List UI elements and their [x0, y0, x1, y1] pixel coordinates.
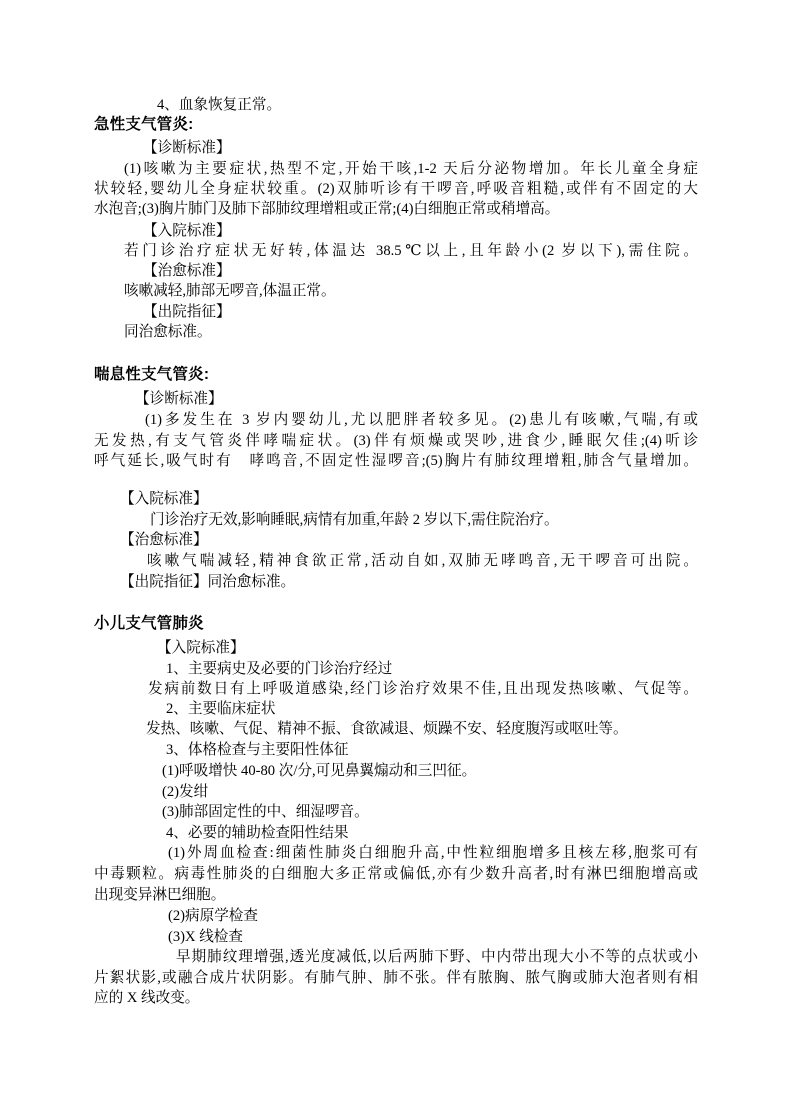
criteria-label-diagnosis: 【诊断标准】: [143, 138, 231, 158]
section-heading-acute-bronchitis: 急性支气管炎:: [94, 115, 194, 135]
doc-text-line: 出现变异淋巴细胞。: [94, 885, 225, 905]
doc-text-line: 呼气延长,吸气时有 哮鸣音,不固定性湿啰音;(5)胸片有肺纹理增粗,肺含气量增加…: [94, 451, 698, 471]
carryover-list-item: 4、血象恢复正常。: [157, 95, 281, 115]
list-item: 3、体格检查与主要阳性体征: [166, 740, 348, 760]
criteria-label-admission: 【入院标准】: [157, 638, 245, 658]
list-item: 1、主要病史及必要的门诊治疗经过: [166, 659, 392, 679]
doc-text-line: 发热、咳嗽、气促、精神不振、食欲减退、烦躁不安、轻度腹泻或呕吐等。: [146, 719, 628, 739]
doc-text-line: 无发热,有支气管炎伴哮喘症状。(3)伴有烦燥或哭吵,进食少,睡眠欠佳;(4)听诊: [94, 431, 698, 451]
list-item: 2、主要临床症状: [166, 699, 275, 719]
doc-text-line: 咳嗽减轻,肺部无啰音,体温正常。: [124, 281, 336, 301]
criteria-label-diagnosis: 【诊断标准】: [135, 389, 223, 409]
criteria-label-discharge: 【出院指征】: [143, 302, 231, 322]
sub-list-item: (1)外周血检查:细菌性肺炎白细胞升高,中性粒细胞增多且核左移,胞浆可有: [168, 843, 698, 863]
doc-text-line: (1)咳嗽为主要症状,热型不定,开始干咳,1-2 天后分泌物增加。年长儿童全身症: [124, 159, 698, 179]
sub-list-item: (1)呼吸增快 40-80 次/分,可见鼻翼煽动和三凹征。: [162, 761, 476, 781]
doc-text-line: 应的 X 线改变。: [94, 988, 199, 1008]
doc-text-line: 状较轻,婴幼儿全身症状较重。(2)双肺听诊有干啰音,呼吸音粗糙,或伴有不固定的大: [94, 179, 698, 199]
document-page: 4、血象恢复正常。 急性支气管炎: 【诊断标准】 (1)咳嗽为主要症状,热型不定…: [0, 0, 792, 1120]
doc-text-line: 若门诊治疗症状无好转,体温达 38.5℃以上,且年龄小(2 岁以下),需住院。: [124, 241, 698, 261]
sub-list-item: (2)发绀: [162, 782, 208, 802]
criteria-label-admission: 【入院标准】: [143, 221, 231, 241]
sub-list-item: (3)X 线检查: [168, 927, 243, 947]
doc-text-line: 同治愈标准。: [124, 322, 212, 342]
section-heading-pediatric-bronchopneumonia: 小儿支气管肺炎: [94, 614, 204, 634]
criteria-label-cure: 【治愈标准】: [143, 261, 231, 281]
section-heading-asthmatic-bronchitis: 喘息性支气管炎:: [94, 365, 209, 385]
criteria-label-admission: 【入院标准】: [120, 489, 208, 509]
doc-text-line: 门诊治疗无效,影响睡眠,病情有加重,年龄 2 岁以下,需住院治疗。: [150, 510, 559, 530]
doc-text-line: 发病前数日有上呼吸道感染,经门诊治疗效果不佳,且出现发热咳嗽、气促等。: [148, 679, 698, 699]
doc-text-line: 中毒颗粒。病毒性肺炎的白细胞大多正常或偏低,亦有少数升高者,时有淋巴细胞增高或: [94, 864, 698, 884]
list-item: 4、必要的辅助检查阳性结果: [166, 823, 348, 843]
sub-list-item: (2)病原学检查: [168, 906, 258, 926]
doc-text-line: 片絮状影,或融合成片状阴影。有肺气肿、肺不张。伴有脓胸、脓气胸或肺大泡者则有相: [94, 968, 698, 988]
criteria-label-discharge: 【出院指征】同治愈标准。: [120, 572, 295, 592]
criteria-label-cure: 【治愈标准】: [120, 530, 208, 550]
sub-list-item: (3)肺部固定性的中、细湿啰音。: [162, 802, 369, 822]
doc-text-line: 咳嗽气喘减轻,精神食欲正常,活动自如,双肺无哮鸣音,无干啰音可出院。: [147, 551, 698, 571]
doc-text-line: 水泡音;(3)胸片肺门及肺下部肺纹理增粗或正常;(4)白细胞正常或稍增高。: [94, 199, 559, 219]
doc-text-line: 早期肺纹理增强,透光度减低,以后两肺下野、中内带出现大小不等的点状或小: [176, 947, 698, 967]
doc-text-line: (1)多发生在 3 岁内婴幼儿,尤以肥胖者较多见。(2)患儿有咳嗽,气喘,有或: [145, 410, 698, 430]
